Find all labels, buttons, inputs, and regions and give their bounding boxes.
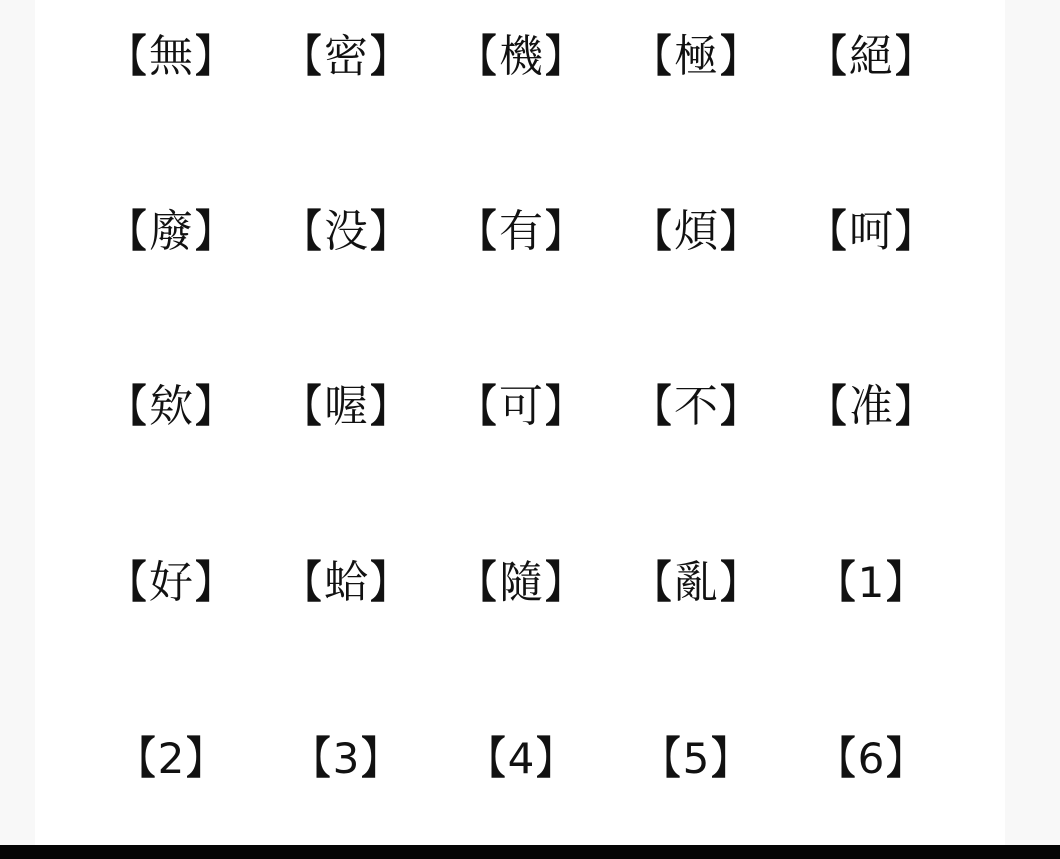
grid-item: 【呵】: [785, 197, 955, 267]
close-bracket: 】: [895, 35, 929, 79]
grid-item: 【4】: [435, 724, 605, 794]
grid-item: 【隨】: [435, 548, 605, 618]
grid-item-label: 機: [499, 35, 541, 79]
grid-item-label: 5: [683, 738, 708, 780]
open-bracket: 【: [461, 561, 495, 605]
close-bracket: 】: [545, 210, 579, 254]
open-bracket: 【: [636, 561, 670, 605]
grid-item: 【密】: [260, 22, 430, 92]
grid-item-label: 極: [674, 35, 716, 79]
close-bracket: 】: [195, 210, 229, 254]
grid-item-label: 不: [674, 385, 716, 429]
grid-item-label: 2: [158, 738, 183, 780]
grid-item-label: 隨: [499, 561, 541, 605]
grid-item-label: 6: [858, 738, 883, 780]
close-bracket: 】: [195, 385, 229, 429]
close-bracket: 】: [720, 385, 754, 429]
close-bracket: 】: [195, 35, 229, 79]
grid-item: 【1】: [785, 548, 955, 618]
grid-item-label: 無: [149, 35, 191, 79]
open-bracket: 【: [461, 210, 495, 254]
close-bracket: 】: [545, 385, 579, 429]
grid-item-label: 没: [324, 210, 366, 254]
close-bracket: 】: [720, 35, 754, 79]
grid-item: 【極】: [610, 22, 780, 92]
open-bracket: 【: [461, 385, 495, 429]
close-bracket: 】: [370, 210, 404, 254]
close-bracket: 】: [712, 737, 746, 781]
close-bracket: 】: [720, 210, 754, 254]
close-bracket: 】: [720, 561, 754, 605]
open-bracket: 【: [820, 561, 854, 605]
grid-item: 【蛤】: [260, 548, 430, 618]
close-bracket: 】: [887, 737, 921, 781]
grid-item-label: 可: [499, 385, 541, 429]
grid-item: 【煩】: [610, 197, 780, 267]
grid-item: 【可】: [435, 372, 605, 442]
open-bracket: 【: [111, 35, 145, 79]
grid-item: 【准】: [785, 372, 955, 442]
grid-item-label: 喔: [324, 385, 366, 429]
grid-item: 【2】: [85, 724, 255, 794]
open-bracket: 【: [286, 210, 320, 254]
open-bracket: 【: [111, 385, 145, 429]
grid-item-label: 亂: [674, 561, 716, 605]
grid-item-label: 欸: [149, 385, 191, 429]
grid-item: 【3】: [260, 724, 430, 794]
close-bracket: 】: [545, 35, 579, 79]
open-bracket: 【: [295, 737, 329, 781]
close-bracket: 】: [362, 737, 396, 781]
grid-item: 【喔】: [260, 372, 430, 442]
close-bracket: 】: [895, 210, 929, 254]
grid-item-label: 有: [499, 210, 541, 254]
grid-item-label: 4: [508, 738, 533, 780]
open-bracket: 【: [636, 210, 670, 254]
close-bracket: 】: [537, 737, 571, 781]
open-bracket: 【: [820, 737, 854, 781]
open-bracket: 【: [461, 35, 495, 79]
grid-item: 【絕】: [785, 22, 955, 92]
open-bracket: 【: [811, 385, 845, 429]
close-bracket: 】: [887, 561, 921, 605]
grid-item-label: 絕: [849, 35, 891, 79]
grid-item: 【不】: [610, 372, 780, 442]
grid-item: 【有】: [435, 197, 605, 267]
open-bracket: 【: [286, 385, 320, 429]
close-bracket: 】: [370, 385, 404, 429]
open-bracket: 【: [120, 737, 154, 781]
open-bracket: 【: [470, 737, 504, 781]
open-bracket: 【: [111, 210, 145, 254]
grid-item-label: 蛤: [324, 561, 366, 605]
close-bracket: 】: [545, 561, 579, 605]
grid-item: 【機】: [435, 22, 605, 92]
grid-item-label: 廢: [149, 210, 191, 254]
grid-item: 【5】: [610, 724, 780, 794]
grid-item: 【6】: [785, 724, 955, 794]
open-bracket: 【: [636, 385, 670, 429]
grid-item-label: 好: [149, 561, 191, 605]
grid-item: 【欸】: [85, 372, 255, 442]
open-bracket: 【: [811, 210, 845, 254]
close-bracket: 】: [195, 561, 229, 605]
open-bracket: 【: [286, 561, 320, 605]
grid-item-label: 准: [849, 385, 891, 429]
open-bracket: 【: [811, 35, 845, 79]
bottom-bar: [0, 845, 1060, 859]
grid-item-label: 1: [858, 562, 883, 604]
open-bracket: 【: [636, 35, 670, 79]
grid-item-label: 呵: [849, 210, 891, 254]
grid-item: 【好】: [85, 548, 255, 618]
content-panel: 【無】【密】【機】【極】【絕】【廢】【没】【有】【煩】【呵】【欸】【喔】【可】【…: [35, 0, 1005, 845]
close-bracket: 】: [370, 561, 404, 605]
grid-item: 【亂】: [610, 548, 780, 618]
grid-item: 【廢】: [85, 197, 255, 267]
close-bracket: 】: [895, 385, 929, 429]
grid-item-label: 密: [324, 35, 366, 79]
character-grid: 【無】【密】【機】【極】【絕】【廢】【没】【有】【煩】【呵】【欸】【喔】【可】【…: [35, 0, 1005, 845]
open-bracket: 【: [111, 561, 145, 605]
close-bracket: 】: [370, 35, 404, 79]
grid-item-label: 煩: [674, 210, 716, 254]
grid-item: 【没】: [260, 197, 430, 267]
grid-item: 【無】: [85, 22, 255, 92]
open-bracket: 【: [286, 35, 320, 79]
grid-item-label: 3: [333, 738, 358, 780]
close-bracket: 】: [187, 737, 221, 781]
open-bracket: 【: [645, 737, 679, 781]
